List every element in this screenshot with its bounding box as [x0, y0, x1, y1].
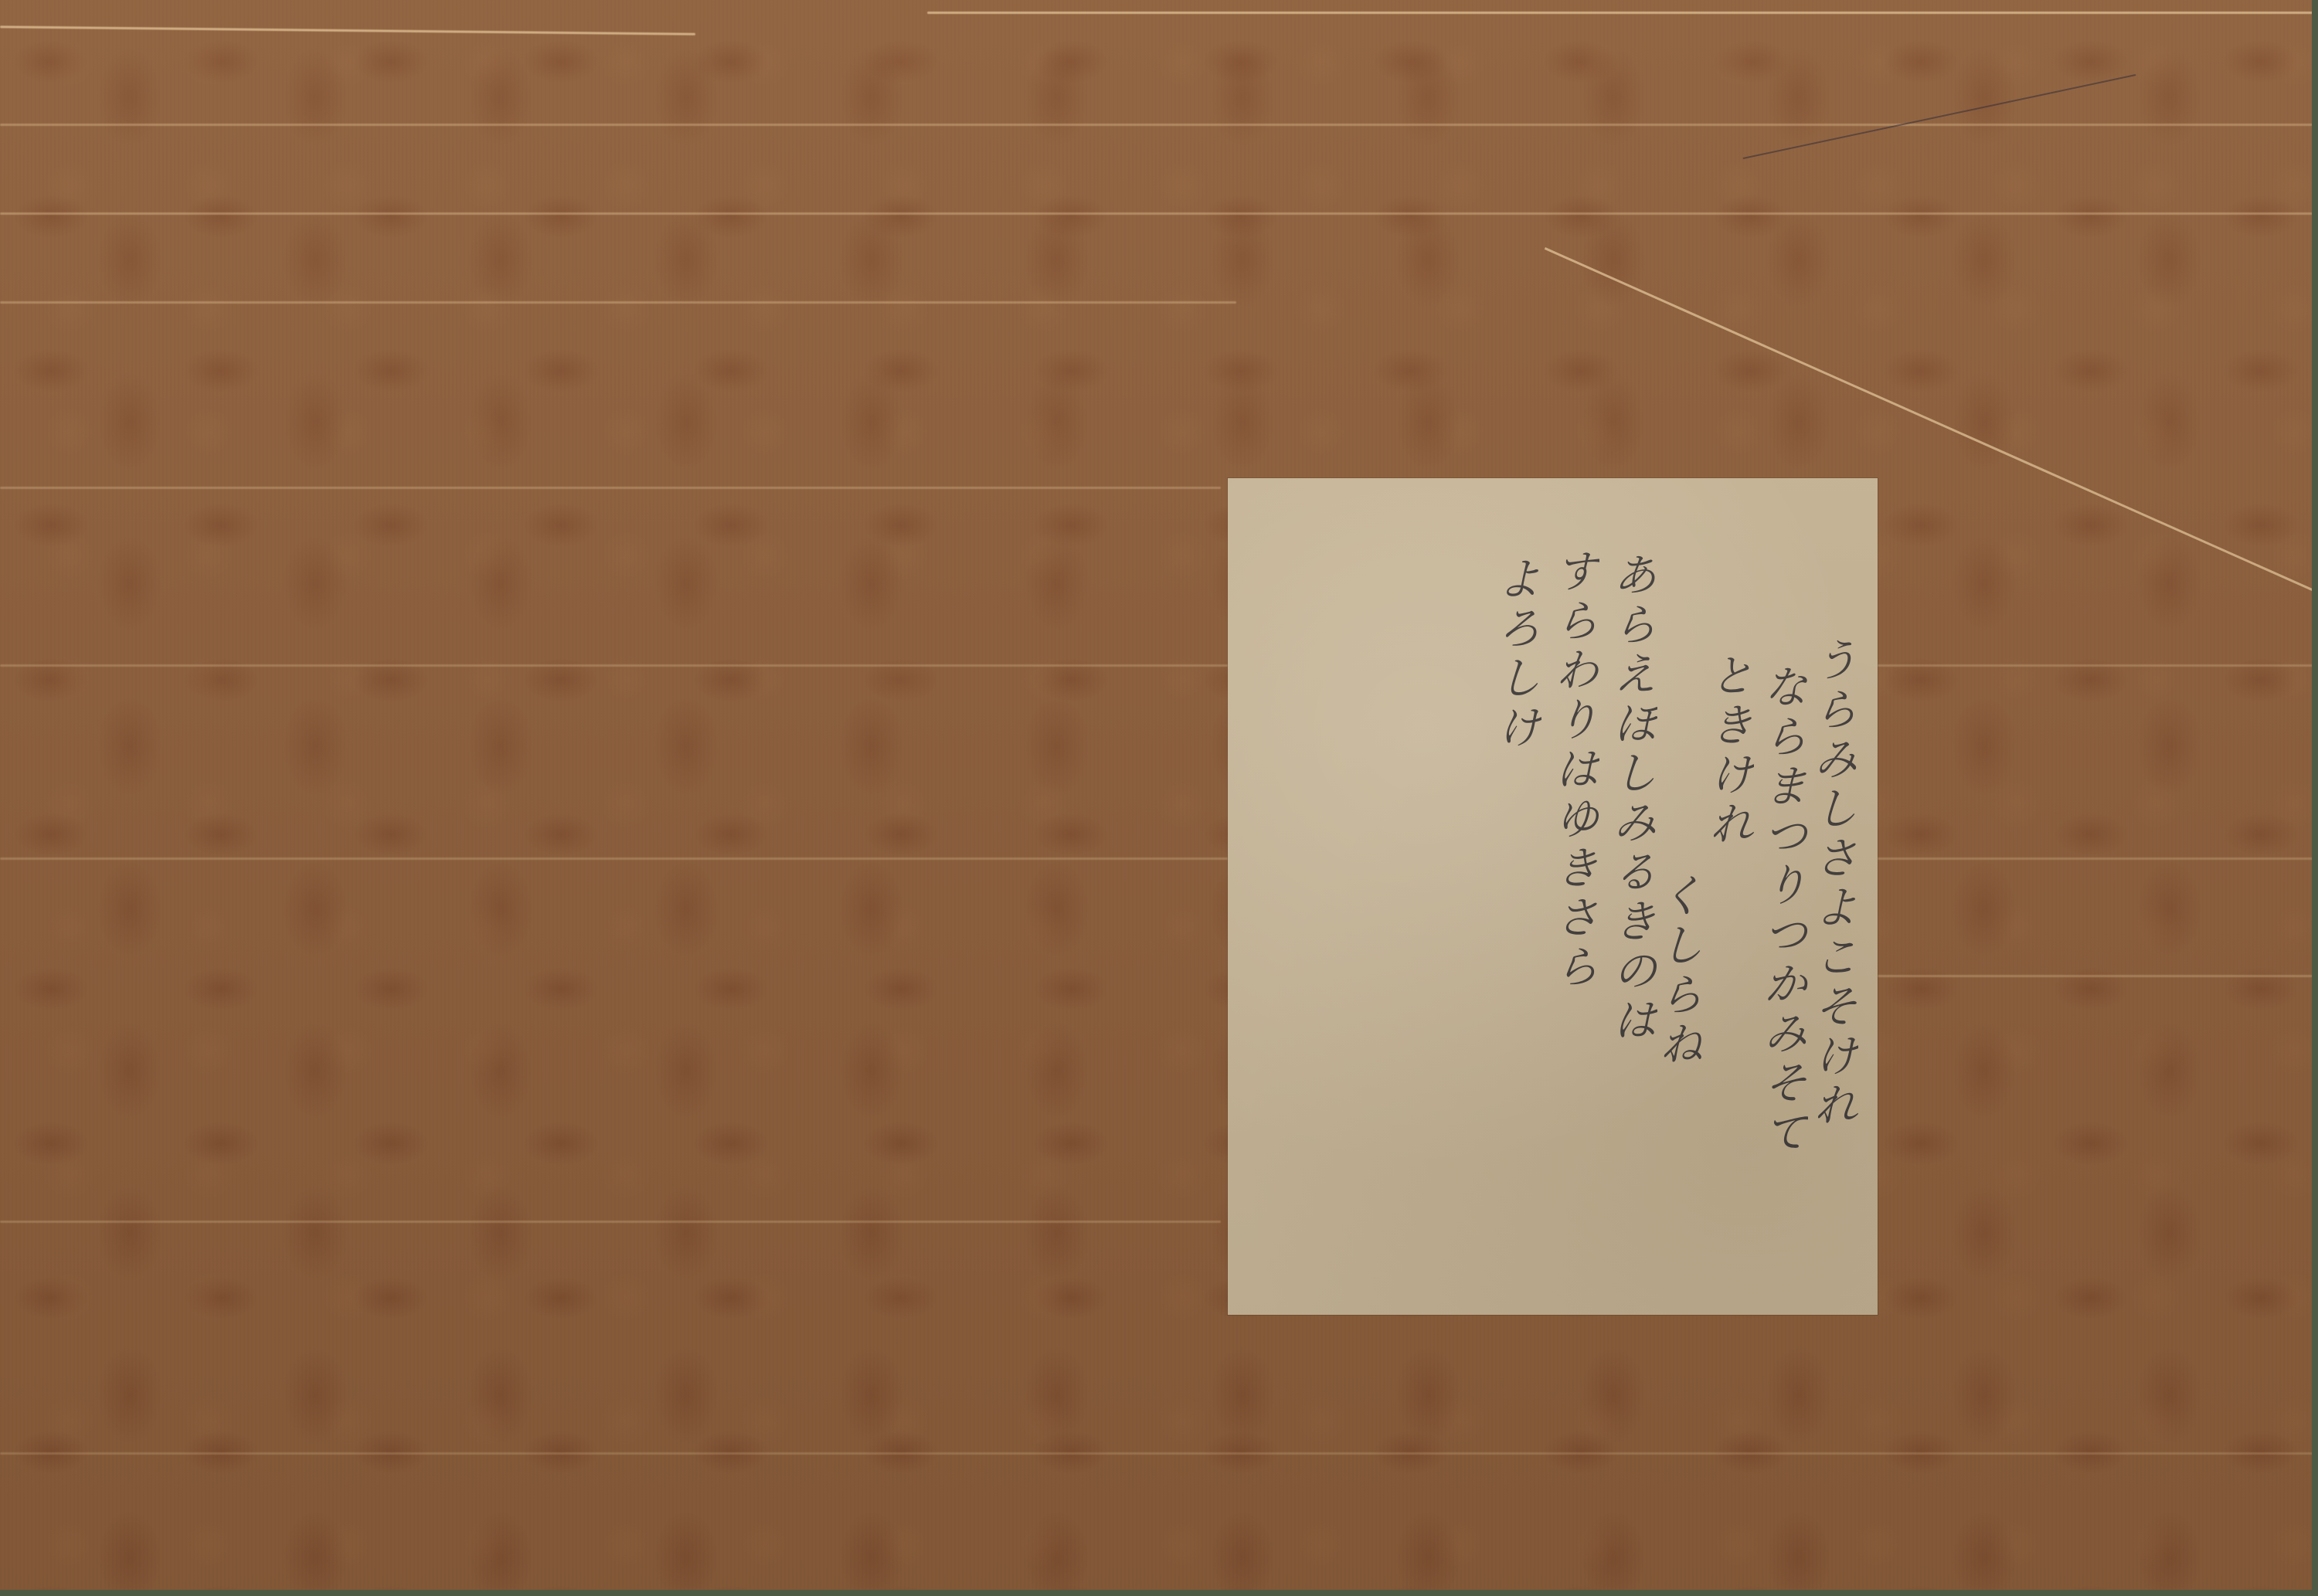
crease [0, 301, 1236, 304]
crease [0, 664, 2312, 667]
crease [0, 487, 1221, 489]
crease [0, 25, 695, 35]
calligraphy-column-6: すらわりはゆきさら [1551, 548, 1596, 993]
crease [927, 12, 2312, 14]
crease [1878, 975, 2312, 977]
crease [0, 1221, 1221, 1223]
crease [0, 212, 2312, 215]
crease [0, 124, 2312, 126]
calligraphy-column-5: あらえほしみるきのは [1609, 552, 1654, 1046]
brocade-mount: うらみしさよこそけれ ならまつりつかみそて ときけれ くしらね あらえほしみるき… [0, 0, 2312, 1590]
calligraphy-column-3: ときけれ [1705, 652, 1750, 850]
calligraphy-column-1: うらみしさよこそけれ [1810, 637, 1854, 1131]
calligraphy-column-2: ならまつりつかみそて [1759, 664, 1804, 1158]
calligraphy-sheet: うらみしさよこそけれ ならまつりつかみそて ときけれ くしらね あらえほしみるき… [1228, 478, 1878, 1315]
crease [0, 857, 2312, 860]
crease [0, 1452, 2312, 1455]
fiber [1742, 74, 2136, 159]
calligraphy-column-4: くしらね [1655, 872, 1700, 1070]
calligraphy-column-7: よろしけ [1493, 555, 1538, 753]
